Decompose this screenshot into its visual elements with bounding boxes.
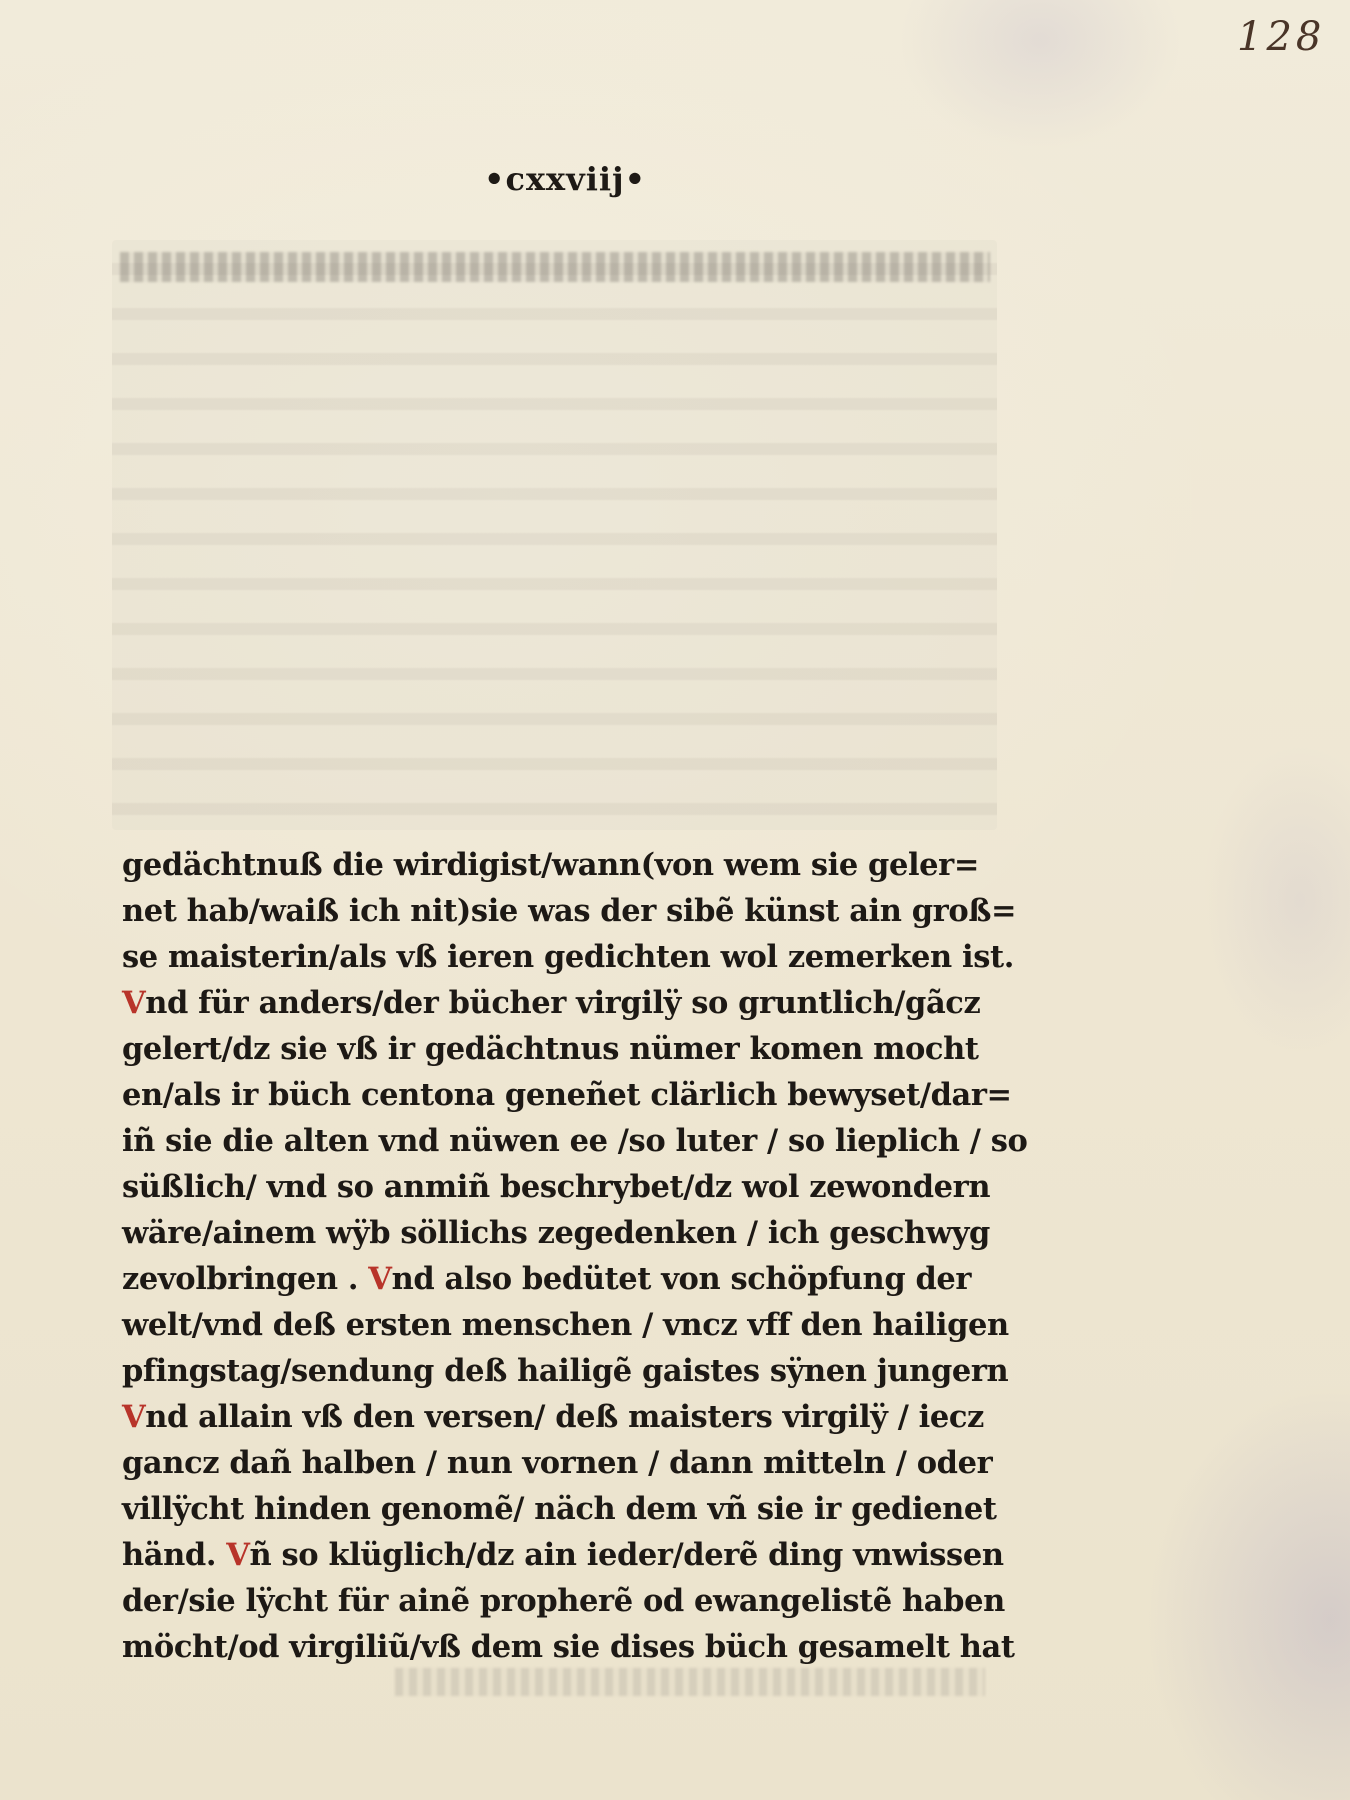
text-line: villÿcht hinden genomẽ/ näch dem vñ sie … [122,1486,1002,1532]
line-text: gelert/dz sie vß ir gedächtnus nümer kom… [122,1031,979,1067]
text-line: gancz dañ halben / nun vornen / dann mit… [122,1440,1002,1486]
line-text: iñ sie die alten vnd nüwen ee /so luter … [122,1123,1027,1159]
text-line: händ. Vñ so klüglich/dz ain ieder/derẽ d… [122,1532,1002,1578]
text-line: süßlich/ vnd so anmiñ beschrybet/dz wol … [122,1164,1002,1210]
show-through-heading-line [120,252,990,282]
line-text: gedächtnuß die wirdigist/wann(von wem si… [122,847,979,883]
show-through-text-block [112,240,997,830]
line-text: pfingstag/sendung deß hailigẽ gaistes sÿ… [122,1353,1008,1389]
line-text: nd für anders/der bücher virgilÿ so grun… [145,985,980,1021]
rubric-initial: V [122,1399,145,1435]
handwritten-folio-number: 128 [1237,14,1325,60]
rubric-initial: V [368,1261,391,1297]
line-text: se maisterin/als vß ieren gedichten wol … [122,939,1014,975]
line-text: en/als ir büch centona geneñet clärlich … [122,1077,1012,1113]
line-text: der/sie lÿcht für ainẽ propherẽ od ewang… [122,1583,1005,1619]
body-text-block: gedächtnuß die wirdigist/wann(von wem si… [122,842,1002,1670]
line-text: wäre/ainem wÿb söllichs zegedenken / ich… [122,1215,990,1251]
text-line: Vnd allain vß den versen/ deß maisters v… [122,1394,1002,1440]
text-line: möcht/od virgiliũ/vß dem sie dises büch … [122,1624,1002,1670]
text-line: wäre/ainem wÿb söllichs zegedenken / ich… [122,1210,1002,1256]
line-text: net hab/waiß ich nit)sie was der sibẽ kü… [122,893,1016,929]
line-text: gancz dañ halben / nun vornen / dann mit… [122,1445,992,1481]
text-line: pfingstag/sendung deß hailigẽ gaistes sÿ… [122,1348,1002,1394]
printed-folio-number: •cxxviij• [484,160,646,198]
rubric-initial: V [122,985,145,1021]
text-line: se maisterin/als vß ieren gedichten wol … [122,934,1002,980]
line-text: welt/vnd deß ersten menschen / vncz vff … [122,1307,1009,1343]
text-line: zevolbringen . Vnd also bedütet von schö… [122,1256,1002,1302]
line-text: möcht/od virgiliũ/vß dem sie dises büch … [122,1629,1015,1665]
manuscript-page: 128 •cxxviij• gedächtnuß die wirdigist/w… [0,0,1350,1800]
text-line: gedächtnuß die wirdigist/wann(von wem si… [122,842,1002,888]
line-text: nd also bedütet von schöpfung der [392,1261,972,1297]
line-text: zevolbringen . [122,1261,368,1297]
line-text: villÿcht hinden genomẽ/ näch dem vñ sie … [122,1491,997,1527]
line-text: nd allain vß den versen/ deß maisters vi… [145,1399,984,1435]
text-line: welt/vnd deß ersten menschen / vncz vff … [122,1302,1002,1348]
show-through-bottom-line [395,1668,985,1696]
text-line: der/sie lÿcht für ainẽ propherẽ od ewang… [122,1578,1002,1624]
text-line: net hab/waiß ich nit)sie was der sibẽ kü… [122,888,1002,934]
line-text: ñ so klüglich/dz ain ieder/derẽ ding vnw… [250,1537,1004,1573]
line-text: süßlich/ vnd so anmiñ beschrybet/dz wol … [122,1169,990,1205]
text-line: gelert/dz sie vß ir gedächtnus nümer kom… [122,1026,1002,1072]
rubric-initial: V [226,1537,249,1573]
text-line: en/als ir büch centona geneñet clärlich … [122,1072,1002,1118]
line-text: händ. [122,1537,226,1573]
text-line: Vnd für anders/der bücher virgilÿ so gru… [122,980,1002,1026]
text-line: iñ sie die alten vnd nüwen ee /so luter … [122,1118,1002,1164]
